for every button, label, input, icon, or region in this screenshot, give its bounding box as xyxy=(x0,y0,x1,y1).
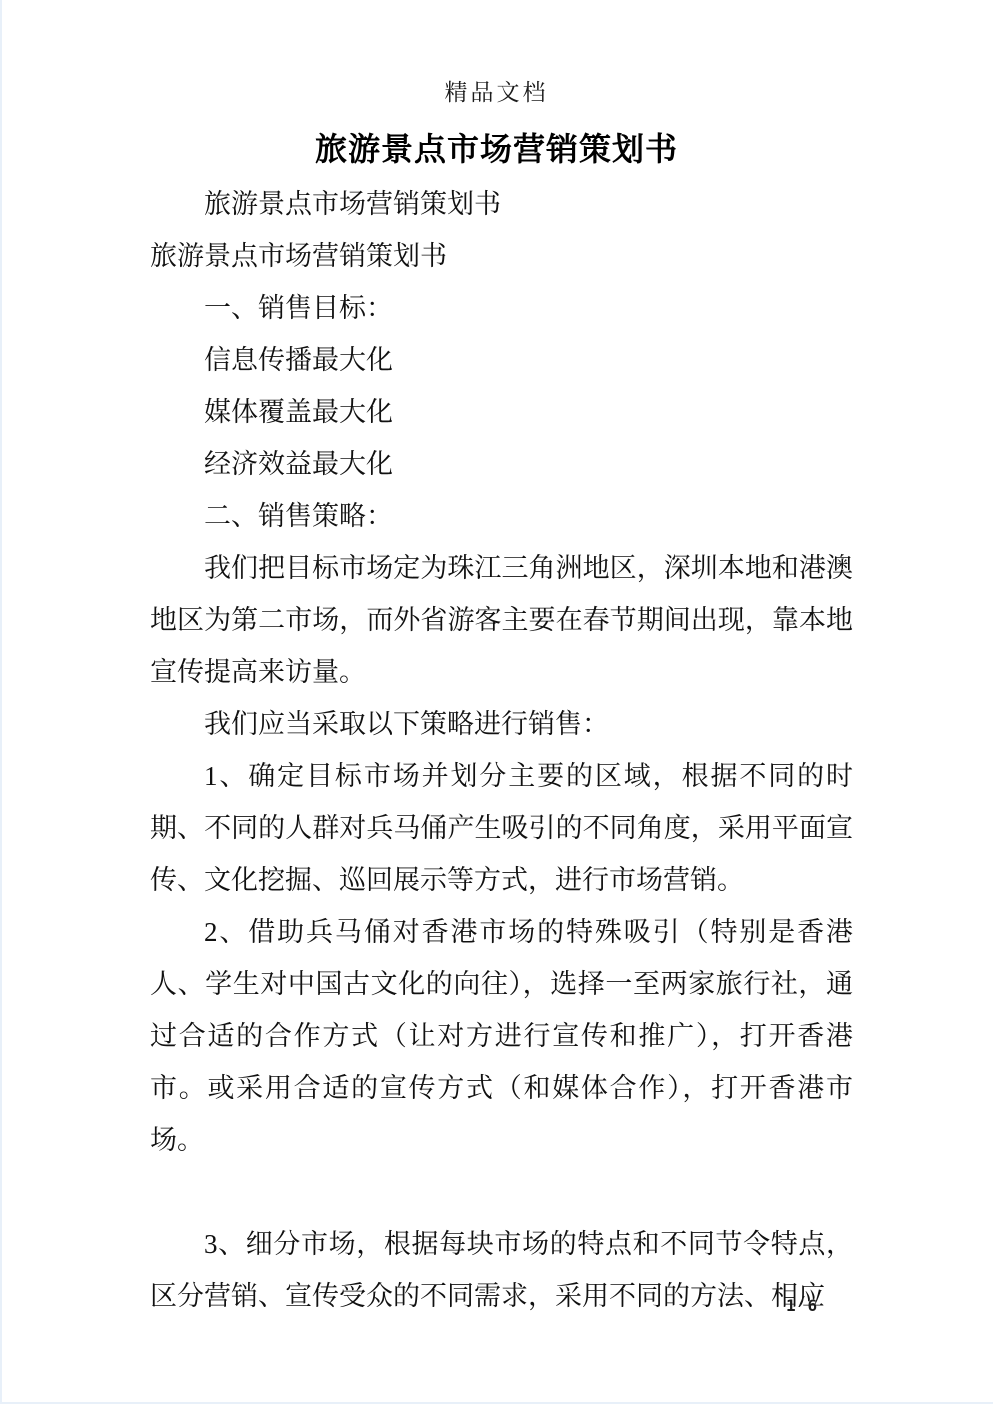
page-number-total: 6 xyxy=(807,1296,818,1315)
page-number-separator: / xyxy=(798,1295,807,1310)
page-number: 1/6 xyxy=(786,1296,818,1315)
paragraph: 二、销售策略： xyxy=(150,490,853,542)
document-page: 精品文档 旅游景点市场营销策划书 旅游景点市场营销策划书 旅游景点市场营销策划书… xyxy=(0,0,993,1404)
page-number-current: 1 xyxy=(786,1296,797,1315)
paragraph: 信息传播最大化 xyxy=(150,334,853,386)
paragraph: 1、确定目标市场并划分主要的区域，根据不同的时期、不同的人群对兵马俑产生吸引的不… xyxy=(150,750,853,906)
paragraph: 旅游景点市场营销策划书 xyxy=(150,178,853,230)
watermark-header: 精品文档 xyxy=(0,74,993,107)
paragraph: 一、销售目标： xyxy=(150,282,853,334)
paragraph: 我们把目标市场定为珠江三角洲地区，深圳本地和港澳地区为第二市场，而外省游客主要在… xyxy=(150,542,853,698)
paragraph: 媒体覆盖最大化 xyxy=(150,386,853,438)
paragraph: 旅游景点市场营销策划书 xyxy=(150,230,853,282)
paragraph: 3、细分市场，根据每块市场的特点和不同节令特点，区分营销、宣传受众的不同需求，采… xyxy=(150,1218,853,1322)
paragraph: 2、借助兵马俑对香港市场的特殊吸引（特别是香港人、学生对中国古文化的向往），选择… xyxy=(150,906,853,1166)
paragraph: 经济效益最大化 xyxy=(150,438,853,490)
document-body: 旅游景点市场营销策划书 旅游景点市场营销策划书 一、销售目标： 信息传播最大化 … xyxy=(150,178,853,1322)
paragraph: 我们应当采取以下策略进行销售： xyxy=(150,698,853,750)
document-title: 旅游景点市场营销策划书 xyxy=(0,124,993,170)
